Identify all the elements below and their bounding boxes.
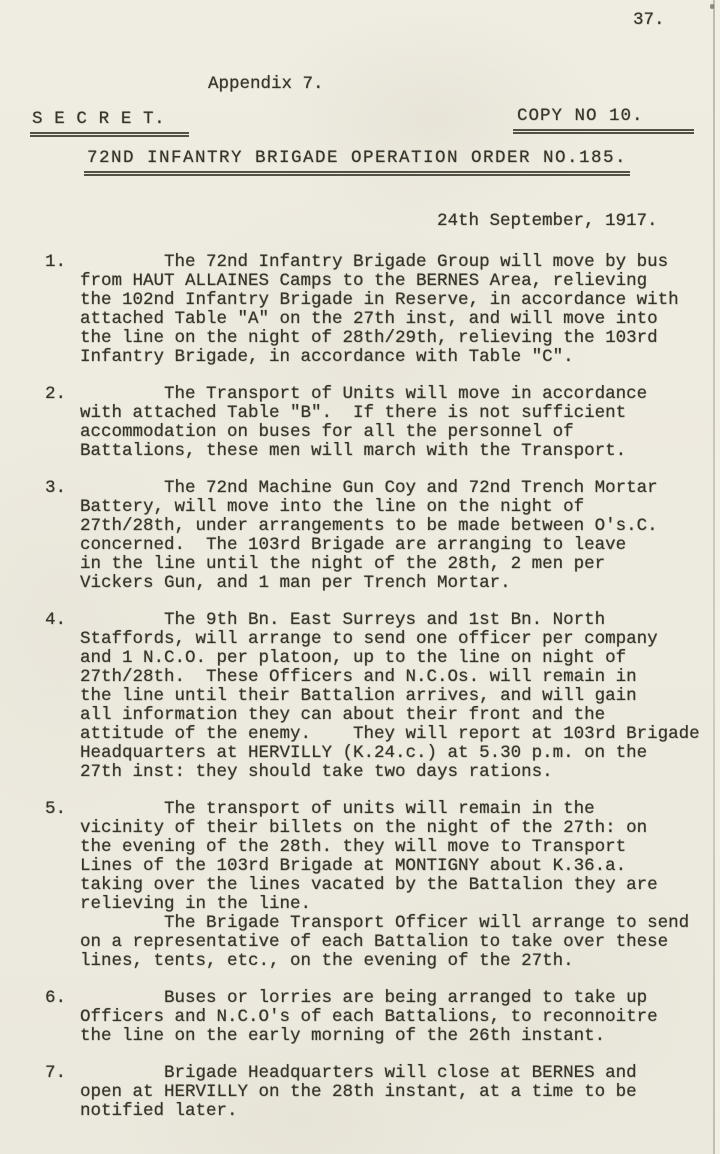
item-6-number: 6. xyxy=(45,989,66,1008)
page-number: 37. xyxy=(633,10,665,30)
item-5-text: The transport of units will remain in th… xyxy=(80,800,720,971)
order-item-7: 7. Brigade Headquarters will close at BE… xyxy=(80,1064,720,1121)
order-item-6: 6. Buses or lorries are being arranged t… xyxy=(80,989,720,1046)
item-4-number: 4. xyxy=(45,611,66,630)
classification-label: S E C R E T. xyxy=(30,109,189,137)
order-item-4: 4. The 9th Bn. East Surreys and 1st Bn. … xyxy=(80,611,720,782)
item-3-number: 3. xyxy=(45,479,66,498)
order-item-2: 2. The Transport of Units will move in a… xyxy=(80,385,720,461)
item-7-number: 7. xyxy=(45,1064,66,1083)
title-row: 72ND INFANTRY BRIGADE OPERATION ORDER NO… xyxy=(0,148,714,176)
item-3-text: The 72nd Machine Gun Coy and 72nd Trench… xyxy=(80,479,720,593)
item-2-number: 2. xyxy=(45,385,66,404)
item-5-number: 5. xyxy=(45,800,66,819)
item-2-text: The Transport of Units will move in acco… xyxy=(80,385,720,461)
corner-speck xyxy=(710,4,714,9)
copy-number-label: COPY NO 10. xyxy=(513,106,694,134)
item-1-text: The 72nd Infantry Brigade Group will mov… xyxy=(80,253,720,367)
document-date: 24th September, 1917. xyxy=(437,211,658,231)
paper-edge-line xyxy=(713,0,715,1154)
paper-edge-strip xyxy=(715,0,720,1154)
document-title: 72ND INFANTRY BRIGADE OPERATION ORDER NO… xyxy=(84,148,630,176)
order-item-3: 3. The 72nd Machine Gun Coy and 72nd Tre… xyxy=(80,479,720,593)
appendix-heading: Appendix 7. xyxy=(208,74,324,94)
order-items-list: 1. The 72nd Infantry Brigade Group will … xyxy=(80,253,720,1139)
item-4-text: The 9th Bn. East Surreys and 1st Bn. Nor… xyxy=(80,611,720,782)
item-7-text: Brigade Headquarters will close at BERNE… xyxy=(80,1064,720,1121)
item-6-text: Buses or lorries are being arranged to t… xyxy=(80,989,720,1046)
order-item-1: 1. The 72nd Infantry Brigade Group will … xyxy=(80,253,720,367)
item-1-number: 1. xyxy=(45,253,66,272)
order-item-5: 5. The transport of units will remain in… xyxy=(80,800,720,971)
